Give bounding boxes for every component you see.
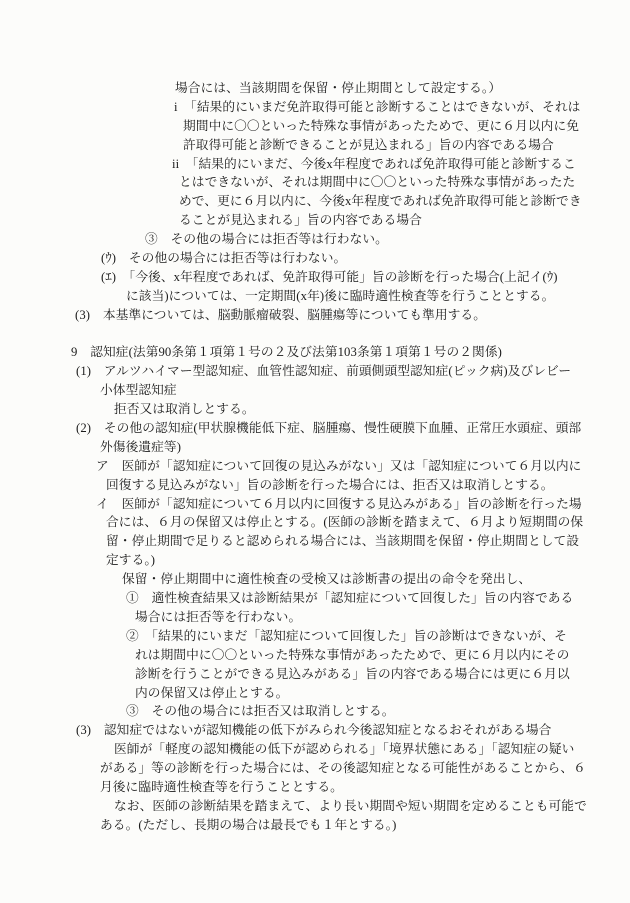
- list-item-a: ア 医師が「認知症について回復の見込みがない」又は「認知症について６月以内に: [0, 457, 630, 476]
- doc-line: 拒否又は取消しとする。: [0, 400, 630, 419]
- doc-line: 外傷後遺症等): [0, 438, 630, 457]
- list-item-circled-1: ① 適性検査結果又は診断結果が「認知症について回復した」旨の内容である: [0, 589, 630, 608]
- doc-line: がある」等の診断を行った場合には、その後認知症となる可能性があることから、６: [0, 759, 630, 778]
- blank-line: [0, 325, 630, 344]
- doc-line: とはできないが、それは期間中に〇〇といった特殊な事情があったた: [0, 173, 630, 192]
- doc-line: 月後に臨時適性検査等を行うこととする。: [0, 778, 630, 797]
- doc-line: 保留・停止期間中に適性検査の受検又は診断書の提出の命令を発出し、: [0, 570, 630, 589]
- doc-line: 診断を行うことができる見込みがある」旨の内容である場合には更に６月以: [0, 665, 630, 684]
- doc-line: 定する。): [0, 551, 630, 570]
- list-item-2: (2) その他の認知症(甲状腺機能低下症、脳腫瘍、慢性硬膜下血腫、正常圧水頭症、…: [0, 419, 630, 438]
- list-item-3: (3) 本基準については、脳動脈瘤破裂、脳腫瘍等についても準用する。: [0, 306, 630, 325]
- list-item-ii: ii 「結果的にいまだ、今後x年程度であれば免許取得可能と診断するこ: [0, 155, 630, 174]
- doc-line: 期間中に〇〇といった特殊な事情があったためで、更に６月以内に免: [0, 117, 630, 136]
- doc-line: 内の保留又は停止とする。: [0, 684, 630, 703]
- document-page: 場合には、当該期間を保留・停止期間として設定する。） i 「結果的にいまだ免許取…: [0, 0, 630, 903]
- list-item-e: (ｴ) 「今後、x年程度であれば、免許取得可能」旨の診断を行った場合(上記イ(ｳ…: [0, 268, 630, 287]
- doc-line: 医師が「軽度の認知機能の低下が認められる」「境界状態にある」「認知症の疑い: [0, 740, 630, 759]
- section-9-heading: 9 認知症(法第90条第１項第１号の２及び法第103条第１項第１号の２関係): [0, 343, 630, 362]
- doc-line: れは期間中に〇〇といった特殊な事情があったためで、更に６月以内にその: [0, 646, 630, 665]
- list-item-1: (1) アルツハイマー型認知症、血管性認知症、前頭側頭型認知症(ピック病)及びレ…: [0, 362, 630, 381]
- doc-line: ることが見込まれる」旨の内容である場合: [0, 211, 630, 230]
- doc-line: 場合には、当該期間を保留・停止期間として設定する。）: [0, 79, 630, 98]
- list-item-3: (3) 認知症ではないが認知機能の低下がみられ今後認知症となるおそれがある場合: [0, 721, 630, 740]
- doc-line: 小体型認知症: [0, 381, 630, 400]
- list-item-circled-2: ② 「結果的にいまだ「認知症について回復した」旨の診断はできないが、そ: [0, 627, 630, 646]
- doc-line: ある。(ただし、長期の場合は最長でも１年とする。): [0, 816, 630, 835]
- list-item-i: i 「結果的にいまだ免許取得可能と診断することはできないが、それは: [0, 98, 630, 117]
- doc-line: めで、更に６月以内に、今後x年程度であれば免許取得可能と診断でき: [0, 192, 630, 211]
- list-item-u: (ｳ) その他の場合には拒否等は行わない。: [0, 249, 630, 268]
- doc-line: 回復する見込みがない」旨の診断を行った場合には、拒否又は取消しとする。: [0, 476, 630, 495]
- doc-line: なお、医師の診断結果を踏まえて、より長い期間や短い期間を定めることも可能で: [0, 797, 630, 816]
- doc-line: 留・停止期間で足りると認められる場合には、当該期間を保留・停止期間として設: [0, 532, 630, 551]
- list-item-i-kana: イ 医師が「認知症について６月以内に回復する見込みがある」旨の診断を行った場: [0, 495, 630, 514]
- doc-line: 許取得可能と診断できることが見込まれる」旨の内容である場合: [0, 136, 630, 155]
- doc-line: に該当)については、一定期間(x年)後に臨時適性検査等を行うこととする。: [0, 287, 630, 306]
- doc-line: 合には、６月の保留又は停止とする。(医師の診断を踏まえて、６月より短期間の保: [0, 513, 630, 532]
- doc-line: 場合には拒否等を行わない。: [0, 608, 630, 627]
- list-item-circled-3: ③ その他の場合には拒否又は取消しとする。: [0, 702, 630, 721]
- list-item-circled-3: ③ その他の場合には拒否等は行わない。: [0, 230, 630, 249]
